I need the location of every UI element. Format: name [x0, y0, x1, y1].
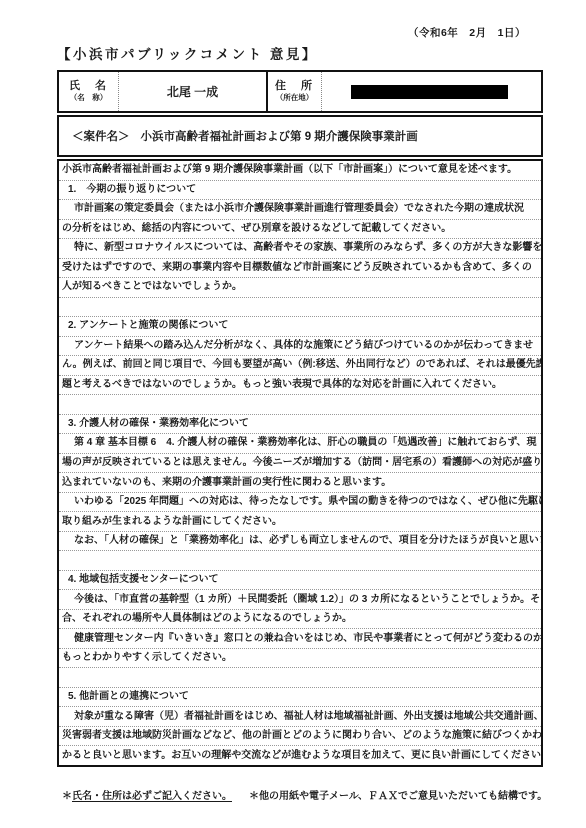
comment-line: 取り組みが生まれるような計画にしてください。: [59, 512, 541, 532]
case-name-value: 小浜市高齢者福祉計画および第 9 期介護保険事業計画: [130, 128, 418, 144]
applicant-table: 氏 名 （名 称） 北尾 一成 住 所 （所在地）: [57, 70, 543, 113]
address-label: 住 所: [275, 80, 314, 93]
comment-line: 健康管理センター内『いきいき』窓口との兼ね合いをはじめ、市民や事業者にとって何が…: [59, 629, 541, 649]
comment-line: 4. 地域包括支援センターについて: [59, 571, 541, 591]
footer-note-alternatives: ＊他の用紙や電子メール、ＦＡＸでご意見いただいても結構です。: [249, 787, 547, 802]
comment-line: 込まれていないのも、来期の介護事業計画の実行性に関わると思います。: [59, 473, 541, 493]
footer-note-required: ＊氏名・住所は必ずご記入ください。: [62, 787, 232, 802]
comment-line: 市計画案の策定委員会（または小浜市介護保険事業計画進行管理委員会）でなされた今期…: [59, 200, 541, 220]
comment-line-empty: [59, 551, 541, 571]
comment-line: 合、それぞれの場所や人員体制はどのようになるのでしょうか。: [59, 610, 541, 630]
comment-line: 場の声が反映されているとは思えません。今後ニーズが増加する（訪問・居宅系の）看護…: [59, 454, 541, 474]
comment-line: 受けたはずですので、来期の事業内容や目標数値など市計画案にどう反映されているかも…: [59, 259, 541, 279]
applicant-name: 北尾 一成: [167, 83, 218, 100]
comment-line: もっとわかりやすく示してください。: [59, 649, 541, 669]
comment-line: かると良いと思います。お互いの理解や交流などが進むような項目を加えて、更に良い計…: [59, 746, 541, 765]
comment-line: いわゆる「2025 年問題」への対応は、待ったなしです。県や国の動きを待つのでは…: [59, 493, 541, 513]
comment-line: 1. 今期の振り返りについて: [59, 181, 541, 201]
document-title: 【小浜市パブリックコメント 意見】: [57, 43, 318, 63]
comment-body-box: 小浜市高齢者福祉計画および第 9 期介護保険事業計画（以下「市計画案」）について…: [57, 159, 543, 767]
address-sublabel: （所在地）: [276, 93, 314, 103]
comment-line-empty: [59, 298, 541, 318]
public-comment-document: （令和6年 2月 1日） 【小浜市パブリックコメント 意見】 氏 名 （名 称）…: [0, 0, 586, 828]
address-label-cell: 住 所 （所在地）: [268, 72, 322, 111]
document-date: （令和6年 2月 1日）: [408, 25, 526, 40]
name-label-cell: 氏 名 （名 称）: [59, 72, 119, 111]
comment-line-empty: [59, 668, 541, 688]
comment-line: 特に、新型コロナウイルスについては、高齢者やその家族、事業所のみならず、多くの方…: [59, 239, 541, 259]
case-name-label: ＜案件名＞: [59, 128, 130, 144]
comment-line: 人が知るべきことではないでしょうか。: [59, 278, 541, 298]
comment-line: 2. アンケートと施策の関係について: [59, 317, 541, 337]
name-sublabel: （名 称）: [70, 93, 108, 103]
footer-left-text: 氏名・住所は必ずご記入ください。: [72, 791, 232, 802]
address-value-cell: [322, 72, 541, 111]
case-name-box: ＜案件名＞ 小浜市高齢者福祉計画および第 9 期介護保険事業計画: [57, 115, 543, 157]
comment-line: 小浜市高齢者福祉計画および第 9 期介護保険事業計画（以下「市計画案」）について…: [59, 161, 541, 181]
comment-line: 題と考えるべきではないのでしょうか。もっと強い表現で具体的な対応を計画に入れてく…: [59, 376, 541, 396]
comment-line: 対象が重なる障害（児）者福祉計画をはじめ、福祉人材は地域福祉計画、外出支援は地域…: [59, 707, 541, 727]
comment-line: 災害弱者支援は地域防災計画などなど、他の計画とどのように関わり合い、どのような施…: [59, 727, 541, 747]
comment-line-empty: [59, 395, 541, 415]
comment-line: 3. 介護人材の確保・業務効率化について: [59, 415, 541, 435]
comment-line: 第 4 章 基本目標 6 4. 介護人材の確保・業務効率化は、肝心の職員の「処遇…: [59, 434, 541, 454]
name-value-cell: 北尾 一成: [119, 72, 268, 111]
comment-line: の分析をはじめ、総括の内容について、ぜひ別章を設けるなどして記載してください。: [59, 220, 541, 240]
redacted-address-bar: [351, 85, 508, 99]
comment-line: 今後は、「市直営の基幹型（1 カ所）＋民間委託（圏域 1.2）」の 3 カ所にな…: [59, 590, 541, 610]
comment-line: アンケート結果への踏み込んだ分析がなく、具体的な施策にどう結びつけているのかが伝…: [59, 337, 541, 357]
comment-line: なお、「人材の確保」と「業務効率化」は、必ずしも両立しませんので、項目を分けたほ…: [59, 532, 541, 552]
footer-left-marker: ＊: [62, 791, 72, 802]
comment-line: ん。例えば、前回と同じ項目で、今回も要望が高い（例:移送、外出同行など）のであれ…: [59, 356, 541, 376]
comment-line: 5. 他計画との連携について: [59, 688, 541, 708]
name-label: 氏 名: [69, 80, 108, 93]
